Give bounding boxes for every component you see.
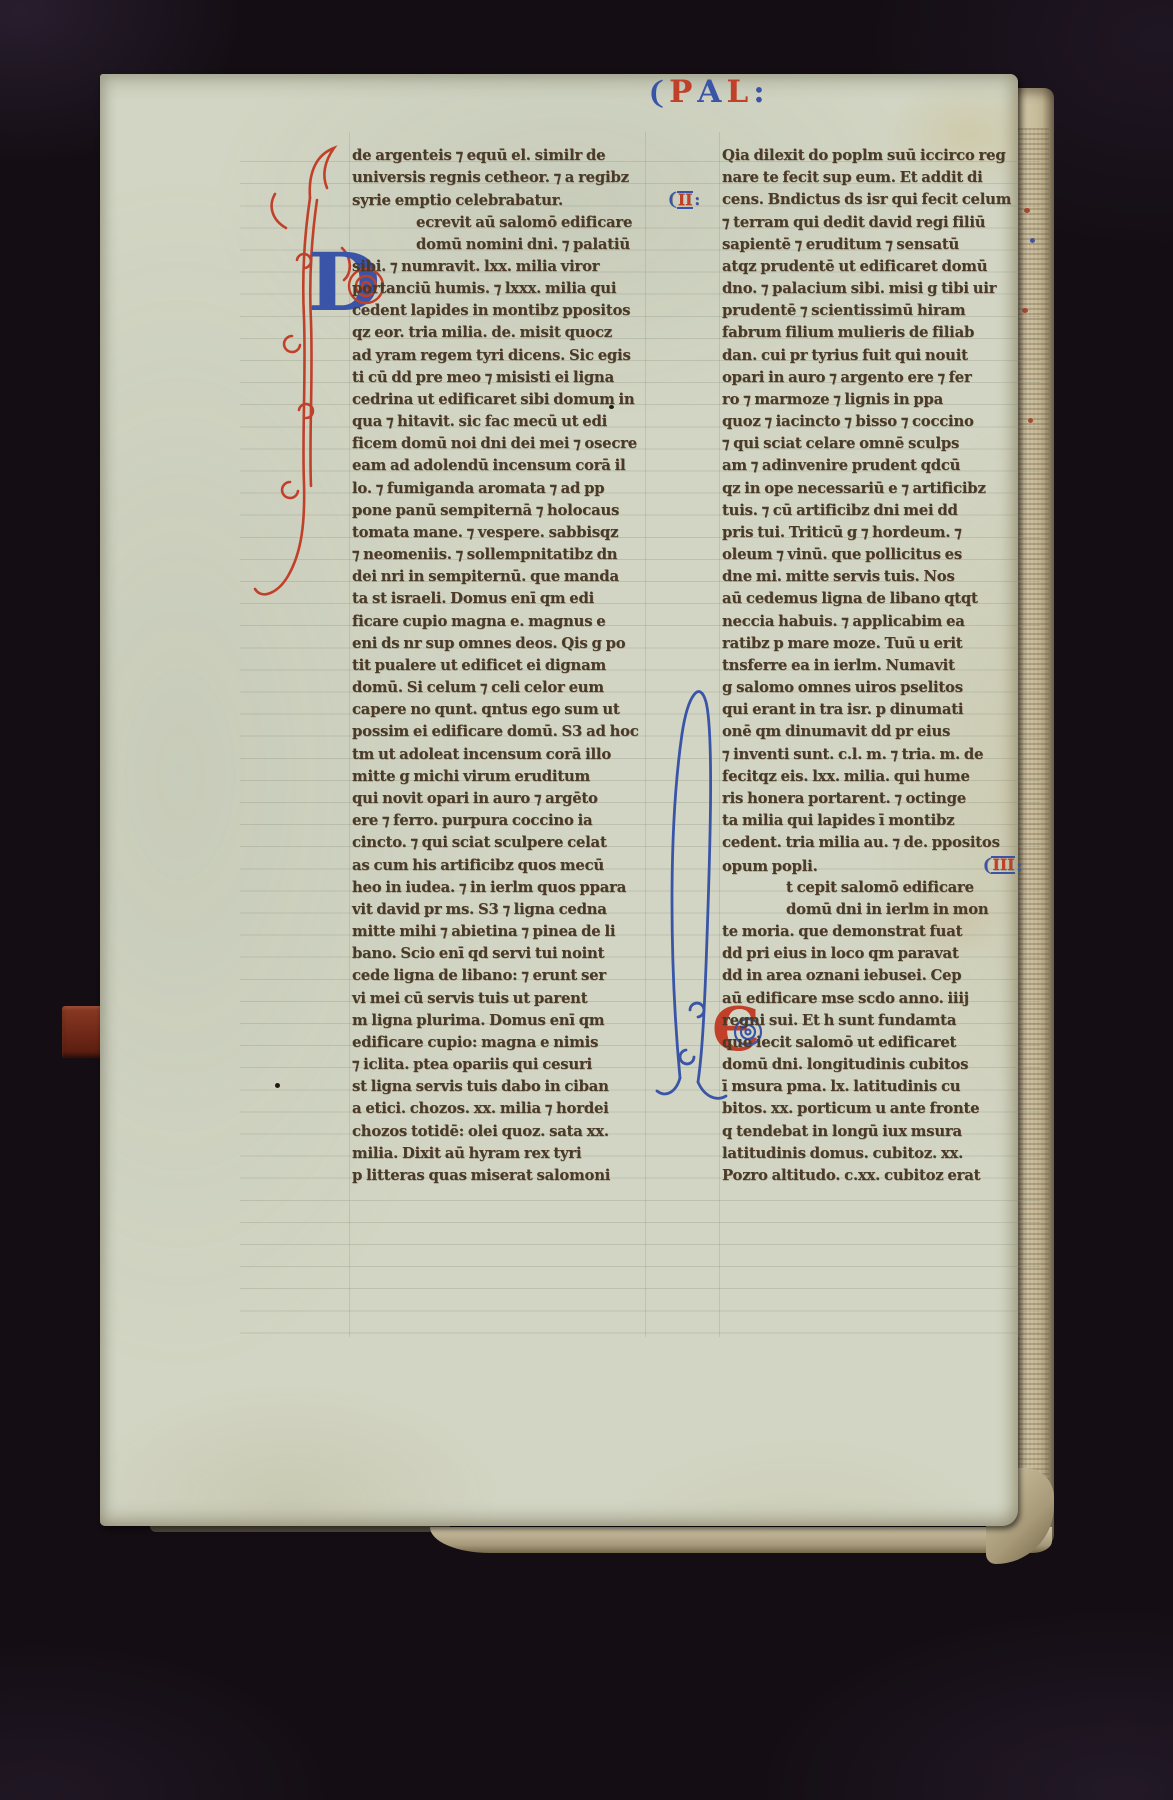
text-line: capere no qunt. qntus ego sum ut xyxy=(352,700,642,720)
line-text: dan. cui pr tyrius fuit qui nouit xyxy=(722,346,968,365)
text-line: ad yram regem tyri dicens. Sic egis xyxy=(352,346,642,366)
line-text: portanciū humis. ⁊ lxxx. milia qui xyxy=(352,279,616,298)
paraph-mark-icon: ( xyxy=(667,190,677,209)
line-text: pone panū sempiternā ⁊ holocaus xyxy=(352,501,619,520)
text-line: de argenteis ⁊ equū el. similr de xyxy=(352,146,642,166)
text-line: dei nri in sempiternū. que manda xyxy=(352,567,642,587)
text-line: qz eor. tria milia. de. misit quocz xyxy=(352,323,642,343)
text-line: cede ligna de libano: ⁊ erunt ser xyxy=(352,966,642,986)
text-line: g salomo omnes uiros pselitos xyxy=(722,678,1016,698)
line-text: opum popli. xyxy=(722,857,818,876)
text-line: cedent lapides in montibz ppositos xyxy=(352,301,642,321)
text-line: ecrevit aū salomō edificare xyxy=(352,213,642,233)
text-line: ⁊ neomeniis. ⁊ sollempnitatibz dn xyxy=(352,545,642,565)
text-line: domū dni in ierlm in mon xyxy=(722,900,1016,920)
line-text: ere ⁊ ferro. purpura coccino ia xyxy=(352,811,592,830)
line-text: tm ut adoleat incensum corā illo xyxy=(352,745,611,764)
line-text: domū dni. longitudinis cubitos xyxy=(722,1055,968,1074)
line-text: ta milia qui lapides ī montibz xyxy=(722,811,954,830)
text-line: eam ad adolendū incensum corā il xyxy=(352,456,642,476)
line-text: heo in iudea. ⁊ in ierlm quos ppara xyxy=(352,878,626,897)
line-text: milia. Dixit aū hyram rex tyri xyxy=(352,1144,581,1163)
line-text: tomata mane. ⁊ vespere. sabbisqz xyxy=(352,523,618,542)
line-text: de argenteis ⁊ equū el. similr de xyxy=(352,146,605,165)
line-text: m ligna plurima. Domus enī qm xyxy=(352,1011,604,1030)
text-line: bano. Scio enī qd servi tui noint xyxy=(352,944,642,964)
text-line: qua ⁊ hitavit. sic fac mecū ut edi xyxy=(352,412,642,432)
line-text: neccia habuis. ⁊ applicabim ea xyxy=(722,612,965,631)
text-line: qz in ope necessariū e ⁊ artificibz xyxy=(722,479,1016,499)
text-line: fecitqz eis. lxx. milia. qui hume xyxy=(722,767,1016,787)
text-line: ⁊ terram qui dedit david regi filiū xyxy=(722,213,1016,233)
text-line: cincto. ⁊ qui sciat sculpere celat xyxy=(352,833,642,853)
colon-mark: : xyxy=(1016,856,1022,875)
line-text: ficem domū noi dni dei mei ⁊ osecre xyxy=(352,434,637,453)
line-text: quoz ⁊ iacincto ⁊ bisso ⁊ coccino xyxy=(722,412,974,431)
text-line: dno. ⁊ palacium sibi. misi g tibi uir xyxy=(722,279,1016,299)
line-text: ad yram regem tyri dicens. Sic egis xyxy=(352,346,631,365)
line-text: dne mi. mitte servis tuis. Nos xyxy=(722,567,955,586)
line-text: tit pualere ut edificet ei dignam xyxy=(352,656,606,675)
text-line: bitos. xx. porticum u ante fronte xyxy=(722,1099,1016,1119)
text-line: regni sui. Et h sunt fundamta xyxy=(722,1011,1016,1031)
text-line: ti cū dd pre meo ⁊ misisti ei ligna xyxy=(352,368,642,388)
text-line: portanciū humis. ⁊ lxxx. milia qui xyxy=(352,279,642,299)
line-text: universis regnis cetheor. ⁊ a regibz xyxy=(352,168,629,187)
line-text: qui erant in tra isr. p dinumati xyxy=(722,700,963,719)
line-text: lo. ⁊ fumiganda aromata ⁊ ad pp xyxy=(352,479,604,498)
text-line: domū dni. longitudinis cubitos xyxy=(722,1055,1016,1075)
line-text: fecitqz eis. lxx. milia. qui hume xyxy=(722,767,970,786)
line-text: edificare cupio: magna e nimis xyxy=(352,1033,598,1052)
line-text: ti cū dd pre meo ⁊ misisti ei ligna xyxy=(352,368,614,387)
photograph-background: (PAL: D xyxy=(0,0,1173,1800)
text-line: t cepit salomō edificare xyxy=(722,878,1016,898)
line-text: domū nomini dni. ⁊ palatiū xyxy=(416,235,630,254)
line-text: ī msura pma. lx. latitudinis cu xyxy=(722,1077,960,1096)
text-line: quoz ⁊ iacincto ⁊ bisso ⁊ coccino xyxy=(722,412,1016,432)
book-fore-edge xyxy=(1014,88,1054,1548)
line-text: sapientē ⁊ eruditum ⁊ sensatū xyxy=(722,235,959,254)
line-text: cedrina ut edificaret sibi domum in xyxy=(352,390,634,409)
text-line: qui novit opari in auro ⁊ argēto xyxy=(352,789,642,809)
line-text: ratibz p mare moze. Tuū u erit xyxy=(722,634,962,653)
text-line: opari in auro ⁊ argento ere ⁊ fer xyxy=(722,368,1016,388)
fore-edge-blue-fleck xyxy=(1030,238,1035,243)
line-text: mitte g michi virum eruditum xyxy=(352,767,590,786)
line-text: dei nri in sempiternū. que manda xyxy=(352,567,619,586)
line-text: ficare cupio magna e. magnus e xyxy=(352,612,606,631)
line-text: ⁊ iclita. ptea opariis qui cesuri xyxy=(352,1055,592,1074)
line-text: ecrevit aū salomō edificare xyxy=(416,213,632,232)
text-line: milia. Dixit aū hyram rex tyri xyxy=(352,1144,642,1164)
line-text: chozos totidē: olei quoz. sata xx. xyxy=(352,1122,609,1141)
text-line: onē qm dinumavit dd pr eius xyxy=(722,722,1016,742)
line-text: atqz prudentē ut edificaret domū xyxy=(722,257,987,276)
line-text: qui novit opari in auro ⁊ argēto xyxy=(352,789,598,808)
text-line: ratibz p mare moze. Tuū u erit xyxy=(722,634,1016,654)
line-text: eni ds nr sup omnes deos. Qis g po xyxy=(352,634,625,653)
text-line: mitte g michi virum eruditum xyxy=(352,767,642,787)
text-line: cedent. tria milia au. ⁊ de. ppositos xyxy=(722,833,1016,853)
line-text: t cepit salomō edificare xyxy=(786,878,974,897)
line-text: aū edificare mse scdo anno. iiij xyxy=(722,989,969,1008)
line-text: dd pri eius in loco qm paravat xyxy=(722,944,959,963)
chapter-numeral: (III: xyxy=(984,856,1022,875)
text-line: st ligna servis tuis dabo in ciban xyxy=(352,1077,642,1097)
line-text: syrie emptio celebrabatur. xyxy=(352,191,563,210)
line-text: nare te fecit sup eum. Et addit di xyxy=(722,168,983,187)
text-line: aū edificare mse scdo anno. iiij xyxy=(722,989,1016,1009)
line-text: am ⁊ adinvenire prudent qdcū xyxy=(722,456,960,475)
line-text: te moria. que demonstrat fuat xyxy=(722,922,962,941)
page-stack-bottom-edge xyxy=(430,1527,1052,1553)
text-line: ro ⁊ marmoze ⁊ lignis in ppa xyxy=(722,390,1016,410)
line-text: dno. ⁊ palacium sibi. misi g tibi uir xyxy=(722,279,996,298)
text-line: pone panū sempiternā ⁊ holocaus xyxy=(352,501,642,521)
fore-edge-red-fleck xyxy=(1022,308,1028,313)
line-text: eam ad adolendū incensum corā il xyxy=(352,456,625,475)
text-line: universis regnis cetheor. ⁊ a regibz xyxy=(352,168,642,188)
text-line: Qia dilexit do poplm suū iccirco reg xyxy=(722,146,1016,166)
text-line: ta st israeli. Domus enī qm edi xyxy=(352,589,642,609)
text-line: ficem domū noi dni dei mei ⁊ osecre xyxy=(352,434,642,454)
text-line: mitte mihi ⁊ abietina ⁊ pinea de li xyxy=(352,922,642,942)
line-text: q tendebat in longū iux msura xyxy=(722,1122,962,1141)
text-line: tuis. ⁊ cū artificibz dni mei dd xyxy=(722,501,1016,521)
text-line: ris honera portarent. ⁊ octinge xyxy=(722,789,1016,809)
line-text: Pozro altitudo. c.xx. cubitoz erat xyxy=(722,1166,980,1185)
text-line: oleum ⁊ vinū. que pollicitus es xyxy=(722,545,1016,565)
ink-speck xyxy=(609,405,614,409)
text-line: dne mi. mitte servis tuis. Nos xyxy=(722,567,1016,587)
text-line: ī msura pma. lx. latitudinis cu xyxy=(722,1077,1016,1097)
line-text: st ligna servis tuis dabo in ciban xyxy=(352,1077,609,1096)
text-line: p litteras quas miserat salomoni xyxy=(352,1166,642,1186)
text-line: fabrum filium mulieris de filiab xyxy=(722,323,1016,343)
line-text: cedent. tria milia au. ⁊ de. ppositos xyxy=(722,833,1000,852)
running-title-letter: : xyxy=(753,74,769,110)
text-line: eni ds nr sup omnes deos. Qis g po xyxy=(352,634,642,654)
text-line: a etici. chozos. xx. milia ⁊ hordei xyxy=(352,1099,642,1119)
line-text: sibi. ⁊ numravit. lxx. milia viror xyxy=(352,257,599,276)
text-line: ere ⁊ ferro. purpura coccino ia xyxy=(352,811,642,831)
text-line: aū cedemus ligna de libano qtqt xyxy=(722,589,1016,609)
chapter-number: III xyxy=(991,856,1015,874)
text-line: lo. ⁊ fumiganda aromata ⁊ ad pp xyxy=(352,479,642,499)
text-line: ficare cupio magna e. magnus e xyxy=(352,612,642,632)
line-text: cincto. ⁊ qui sciat sculpere celat xyxy=(352,833,607,852)
line-text: a etici. chozos. xx. milia ⁊ hordei xyxy=(352,1099,609,1118)
running-title-letter: A xyxy=(697,74,726,110)
line-text: opari in auro ⁊ argento ere ⁊ fer xyxy=(722,368,972,387)
line-text: prudentē ⁊ scientissimū hiram xyxy=(722,301,965,320)
text-line: syrie emptio celebrabatur.(II: xyxy=(352,190,642,210)
line-text: domū dni in ierlm in mon xyxy=(786,900,988,919)
text-line: nare te fecit sup eum. Et addit di xyxy=(722,168,1016,188)
text-line: latitudinis domus. cubitoz. xx. xyxy=(722,1144,1016,1164)
line-text: onē qm dinumavit dd pr eius xyxy=(722,722,950,741)
line-text: regni sui. Et h sunt fundamta xyxy=(722,1011,956,1030)
line-text: ⁊ neomeniis. ⁊ sollempnitatibz dn xyxy=(352,545,617,564)
text-line: pris tui. Triticū g ⁊ hordeum. ⁊ xyxy=(722,523,1016,543)
text-line: opum popli.(III: xyxy=(722,856,1016,876)
text-line: sibi. ⁊ numravit. lxx. milia viror xyxy=(352,257,642,277)
line-text: mitte mihi ⁊ abietina ⁊ pinea de li xyxy=(352,922,615,941)
line-text: possim ei edificare domū. S3 ad hoc xyxy=(352,722,639,741)
line-text: ⁊ qui sciat celare omnē sculps xyxy=(722,434,959,453)
text-column-left: de argenteis ⁊ equū el. similr deunivers… xyxy=(352,146,642,1186)
text-line: ⁊ iclita. ptea opariis qui cesuri xyxy=(352,1055,642,1075)
text-line: ta milia qui lapides ī montibz xyxy=(722,811,1016,831)
line-text: vi mei cū servis tuis ut parent xyxy=(352,989,587,1008)
text-line: ⁊ qui sciat celare omnē sculps xyxy=(722,434,1016,454)
line-text: Qia dilexit do poplm suū iccirco reg xyxy=(722,146,1005,165)
text-line: atqz prudentē ut edificaret domū xyxy=(722,257,1016,277)
text-line: prudentē ⁊ scientissimū hiram xyxy=(722,301,1016,321)
line-text: bano. Scio enī qd servi tui noint xyxy=(352,944,604,963)
text-line: qui erant in tra isr. p dinumati xyxy=(722,700,1016,720)
line-text: fabrum filium mulieris de filiab xyxy=(722,323,974,342)
line-text: dd in area oznani iebusei. Cep xyxy=(722,966,961,985)
line-text: tnsferre ea in ierlm. Numavit xyxy=(722,656,955,675)
ruling-vertical xyxy=(645,132,646,1337)
text-line: te moria. que demonstrat fuat xyxy=(722,922,1016,942)
text-line: edificare cupio: magna e nimis xyxy=(352,1033,642,1053)
running-title: (PAL: xyxy=(652,74,902,114)
text-line: m ligna plurima. Domus enī qm xyxy=(352,1011,642,1031)
line-text: ⁊ inventi sunt. c.l. m. ⁊ tria. m. de xyxy=(722,745,983,764)
text-line: tm ut adoleat incensum corā illo xyxy=(352,745,642,765)
line-text: qz eor. tria milia. de. misit quocz xyxy=(352,323,612,342)
text-column-right: Qia dilexit do poplm suū iccirco regnare… xyxy=(722,146,1016,1186)
text-line: tnsferre ea in ierlm. Numavit xyxy=(722,656,1016,676)
text-line: cedrina ut edificaret sibi domum in xyxy=(352,390,642,410)
line-text: cens. Bndictus ds isr qui fecit celum xyxy=(722,190,1011,209)
running-title-letter: L xyxy=(726,74,753,110)
fore-edge-red-fleck xyxy=(1024,208,1030,213)
line-text: aū cedemus ligna de libano qtqt xyxy=(722,589,978,608)
text-line: domū. Si celum ⁊ celi celor eum xyxy=(352,678,642,698)
line-text: ris honera portarent. ⁊ octinge xyxy=(722,789,966,808)
line-text: domū. Si celum ⁊ celi celor eum xyxy=(352,678,604,697)
line-text: cede ligna de libano: ⁊ erunt ser xyxy=(352,966,606,985)
text-line: dan. cui pr tyrius fuit qui nouit xyxy=(722,346,1016,366)
initial-d-flourish xyxy=(242,108,357,618)
line-text: cedent lapides in montibz ppositos xyxy=(352,301,630,320)
text-line: as cum his artificibz quos mecū xyxy=(352,856,642,876)
line-text: qz in ope necessariū e ⁊ artificibz xyxy=(722,479,986,498)
text-line: q tendebat in longū iux msura xyxy=(722,1122,1016,1142)
text-line: possim ei edificare domū. S3 ad hoc xyxy=(352,722,642,742)
line-text: qua ⁊ hitavit. sic fac mecū ut edi xyxy=(352,412,607,431)
chapter-number: II xyxy=(677,191,694,209)
ruling-vertical xyxy=(1018,132,1019,1337)
text-line: chozos totidē: olei quoz. sata xx. xyxy=(352,1122,642,1142)
text-line: cens. Bndictus ds isr qui fecit celum xyxy=(722,190,1016,210)
text-line: am ⁊ adinvenire prudent qdcū xyxy=(722,456,1016,476)
line-text: as cum his artificibz quos mecū xyxy=(352,856,604,875)
fore-edge-red-fleck xyxy=(1028,418,1033,423)
ink-speck xyxy=(275,1083,280,1088)
text-line: sapientē ⁊ eruditum ⁊ sensatū xyxy=(722,235,1016,255)
chapter-numeral: (II: xyxy=(669,190,700,209)
line-text: ro ⁊ marmoze ⁊ lignis in ppa xyxy=(722,390,943,409)
line-text: oleum ⁊ vinū. que pollicitus es xyxy=(722,545,962,564)
text-line: dd in area oznani iebusei. Cep xyxy=(722,966,1016,986)
text-line: heo in iudea. ⁊ in ierlm quos ppara xyxy=(352,878,642,898)
text-line: vi mei cū servis tuis ut parent xyxy=(352,989,642,1009)
text-line: que iecit salomō ut edificaret xyxy=(722,1033,1016,1053)
line-text: pris tui. Triticū g ⁊ hordeum. ⁊ xyxy=(722,523,961,542)
text-line: ⁊ inventi sunt. c.l. m. ⁊ tria. m. de xyxy=(722,745,1016,765)
line-text: bitos. xx. porticum u ante fronte xyxy=(722,1099,979,1118)
text-line: neccia habuis. ⁊ applicabim ea xyxy=(722,612,1016,632)
line-text: ta st israeli. Domus enī qm edi xyxy=(352,589,594,608)
line-text: p litteras quas miserat salomoni xyxy=(352,1166,610,1185)
text-line: Pozro altitudo. c.xx. cubitoz erat xyxy=(722,1166,1016,1186)
text-line: vit david pr ms. S3 ⁊ ligna cedna xyxy=(352,900,642,920)
text-line: dd pri eius in loco qm paravat xyxy=(722,944,1016,964)
manuscript-page: (PAL: D xyxy=(100,74,1018,1526)
text-line: domū nomini dni. ⁊ palatiū xyxy=(352,235,642,255)
paraph-mark-icon: ( xyxy=(982,856,992,875)
ruling-vertical xyxy=(719,132,720,1337)
colon-mark: : xyxy=(694,190,700,209)
line-text: tuis. ⁊ cū artificibz dni mei dd xyxy=(722,501,958,520)
text-line: tit pualere ut edificet ei dignam xyxy=(352,656,642,676)
line-text: latitudinis domus. cubitoz. xx. xyxy=(722,1144,963,1163)
text-line: tomata mane. ⁊ vespere. sabbisqz xyxy=(352,523,642,543)
line-text: g salomo omnes uiros pselitos xyxy=(722,678,963,697)
line-text: ⁊ terram qui dedit david regi filiū xyxy=(722,213,985,232)
fore-edge-text-bleed xyxy=(1017,128,1049,1508)
line-text: vit david pr ms. S3 ⁊ ligna cedna xyxy=(352,900,607,919)
line-text: que iecit salomō ut edificaret xyxy=(722,1033,956,1052)
line-text: capere no qunt. qntus ego sum ut xyxy=(352,700,620,719)
running-title-letter: ( xyxy=(648,75,674,111)
